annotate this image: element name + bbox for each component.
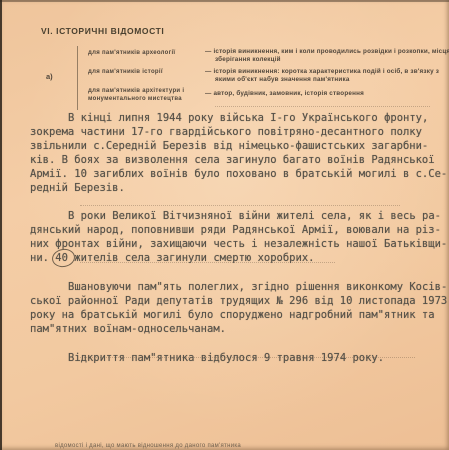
typed-paragraph: Вшановуючи пам"ять полеглих, згідно ріше… [30, 281, 449, 337]
form-item-label: а) [46, 72, 53, 81]
scanned-document-page: VI. ІСТОРИЧНІ ВІДОМОСТІ а) для пам'ятник… [0, 0, 449, 450]
typed-line: ської районної Ради депутатів трудящих №… [30, 295, 449, 309]
typed-line: редній Березів. [30, 182, 449, 196]
form-description-architecture: — автор, будівник, замовник, історія ств… [205, 90, 449, 98]
form-type-architecture: для пам'ятників архітектури і монументал… [88, 87, 200, 103]
typed-line: Вшановуючи пам"ять полеглих, згідно ріше… [30, 281, 449, 295]
typed-line: Відкриття пам"ятника відбулося 9 травня … [30, 352, 449, 366]
typed-line: них фронтах війни, захищаючи честь і нез… [30, 238, 449, 252]
typed-line: року на братській могилі було споруджено… [30, 309, 449, 323]
footnote-text: відомості і дані, що мають відношення до… [55, 443, 241, 449]
form-description-history: — історія виникнення: коротка характерис… [205, 68, 449, 84]
typed-paragraph: В кінці липня 1944 року війська І-го Укр… [30, 112, 449, 195]
typed-paragraph: В роки Великої Вітчизняної війни жителі … [30, 210, 449, 266]
form-type-history: для пам'ятників історії [88, 68, 163, 76]
typed-line: дянський народ, поповнивши ряди Радянськ… [30, 224, 449, 238]
form-description-archaeology: — історія виникнення, ким і коли проводи… [205, 48, 449, 64]
bracket-line [77, 46, 78, 110]
form-type-archaeology: для пам'ятників археології [88, 49, 175, 57]
typed-paragraph: Відкриття пам"ятника відбулося 9 травня … [30, 352, 449, 366]
typed-line: ків. В боях за визволення села загинуло … [30, 154, 449, 168]
typed-line: В роки Великої Вітчизняної війни жителі … [30, 210, 449, 224]
typed-text: В кінці липня 1944 року війська І-го Укр… [30, 112, 449, 381]
typed-line: ни. 40 жителів села загинули смертю хоро… [30, 252, 449, 266]
typed-line: В кінці липня 1944 року війська І-го Укр… [30, 112, 449, 126]
typed-line: пам"ятних воїнам-односельчанам. [30, 323, 449, 337]
typed-line: Армії. 10 загиблих воїнів було поховано … [30, 168, 449, 182]
section-title: VI. ІСТОРИЧНІ ВІДОМОСТІ [41, 26, 164, 36]
form-ruling-line [215, 106, 430, 107]
typed-line: зокрема частини 17-го гвардійського пові… [30, 126, 449, 140]
typed-line: звільнили с.Середній Березів від німецьк… [30, 140, 449, 154]
